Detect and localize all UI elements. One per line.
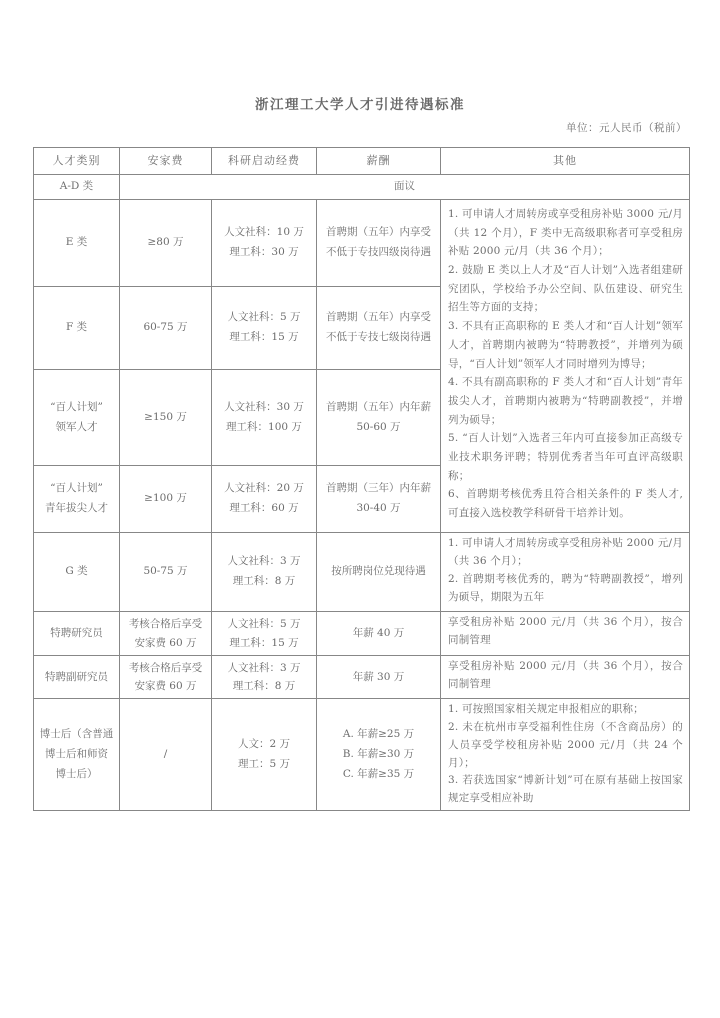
settling-fee-line: 考核合格后享受 [122,659,209,677]
category-line: 博士后和师资 [36,745,117,765]
settling-fee-line: 安家费 60 万 [122,677,209,695]
table-row-distinguished-associate-researcher: 特聘副研究员 考核合格后享受 安家费 60 万 人文社科：3 万 理工科：8 万… [34,656,690,699]
cell-other: 1. 可申请人才周转房或享受租房补贴 2000 元/月（共 36 个月）； 2.… [441,533,690,612]
other-point: 5. “百人计划”入选者三年内可直接参加正高级专业技术职务评聘；特别优秀者当年可… [448,429,683,485]
cell-research-fund: 人文社科：10 万 理工科：30 万 [212,200,317,287]
research-fund-science: 理工科：8 万 [214,572,314,592]
salary-line: A. 年薪≥25 万 [319,725,438,745]
category-line: “百人计划” [36,479,117,499]
page-title: 浙江理工大学人才引进待遇标准 [0,93,720,113]
cell-other: 1. 可按照国家相关规定申报相应的职称； 2. 未在杭州市享受福利性住房（不含商… [441,699,690,811]
research-fund-science: 理工：5 万 [214,755,314,775]
research-fund-science: 理工科：15 万 [214,328,314,348]
cell-category: A-D 类 [34,175,120,200]
cell-salary: 按所聘岗位兑现待遇 [317,533,441,612]
talent-benefits-table: 人才类别 安家费 科研启动经费 薪酬 其他 A-D 类 面议 E 类 ≥80 万… [33,147,690,811]
salary-line: 不低于专技七级岗待遇 [319,328,438,348]
cell-other: 享受租房补贴 2000 元/月（共 36 个月），按合同制管理 [441,656,690,699]
research-fund-science: 理工科：30 万 [214,243,314,263]
research-fund-humanities: 人文社科：5 万 [214,308,314,328]
cell-research-fund: 人文社科：30 万 理工科：100 万 [212,370,317,466]
header-salary: 薪酬 [317,148,441,175]
research-fund-science: 理工科：60 万 [214,499,314,519]
table-row-distinguished-researcher: 特聘研究员 考核合格后享受 安家费 60 万 人文社科：5 万 理工科：15 万… [34,612,690,656]
unit-note: 单位：元人民币（税前） [566,120,687,135]
category-line: 博士后） [36,765,117,785]
salary-line: 首聘期（五年）内享受 [319,308,438,328]
research-fund-humanities: 人文社科：20 万 [214,479,314,499]
cell-salary: 年薪 30 万 [317,656,441,699]
research-fund-humanities: 人文社科：10 万 [214,223,314,243]
cell-settling-fee: 50-75 万 [120,533,212,612]
header-research-fund: 科研启动经费 [212,148,317,175]
cell-category: E 类 [34,200,120,287]
research-fund-humanities: 人文：2 万 [214,735,314,755]
cell-salary: 首聘期（五年）内享受 不低于专技七级岗待遇 [317,287,441,370]
other-point: 1. 可按照国家相关规定申报相应的职称； [448,701,683,719]
cell-settling-fee: / [120,699,212,811]
other-point: 1. 可申请人才周转房或享受租房补贴 3000 元/月（共 12 个月），F 类… [448,205,683,261]
cell-salary: A. 年薪≥25 万 B. 年薪≥30 万 C. 年薪≥35 万 [317,699,441,811]
cell-salary: 年薪 40 万 [317,612,441,656]
header-other: 其他 [441,148,690,175]
research-fund-humanities: 人文社科：30 万 [214,398,314,418]
settling-fee-line: 安家费 60 万 [122,634,209,652]
salary-line: 不低于专技四级岗待遇 [319,243,438,263]
table-row-e-class: E 类 ≥80 万 人文社科：10 万 理工科：30 万 首聘期（五年）内享受 … [34,200,690,287]
cell-settling-fee: ≥80 万 [120,200,212,287]
cell-settling-fee: 60-75 万 [120,287,212,370]
table-row-postdoc: 博士后（含普通 博士后和师资 博士后） / 人文：2 万 理工：5 万 A. 年… [34,699,690,811]
category-line: 博士后（含普通 [36,725,117,745]
category-line: 青年拔尖人才 [36,499,117,519]
cell-category: “百人计划” 青年拔尖人才 [34,466,120,533]
cell-category: G 类 [34,533,120,612]
cell-research-fund: 人文：2 万 理工：5 万 [212,699,317,811]
cell-salary: 首聘期（五年）内享受 不低于专技四级岗待遇 [317,200,441,287]
research-fund-humanities: 人文社科：3 万 [214,659,314,677]
cell-other: 享受租房补贴 2000 元/月（共 36 个月），按合同制管理 [441,612,690,656]
table-header-row: 人才类别 安家费 科研启动经费 薪酬 其他 [34,148,690,175]
settling-fee-line: 考核合格后享受 [122,615,209,633]
research-fund-science: 理工科：15 万 [214,634,314,652]
other-point: 6、首聘期考核优秀且符合相关条件的 F 类人才,可直接入选校教学科研骨干培养计划… [448,485,683,522]
research-fund-humanities: 人文社科：3 万 [214,552,314,572]
salary-line: 首聘期（五年）内享受 [319,223,438,243]
salary-line: 首聘期（三年）内年薪 [319,479,438,499]
other-point: 3. 若获选国家“博新计划”可在原有基础上按国家规定享受相应补助 [448,772,683,808]
cell-research-fund: 人文社科：20 万 理工科：60 万 [212,466,317,533]
other-point: 4. 不具有副高职称的 F 类人才和“百人计划”青年拔尖人才，首聘期内被聘为“特… [448,373,683,429]
cell-research-fund: 人文社科：3 万 理工科：8 万 [212,533,317,612]
cell-settling-fee: ≥100 万 [120,466,212,533]
cell-negotiable: 面议 [120,175,690,200]
research-fund-science: 理工科：8 万 [214,677,314,695]
other-point: 1. 可申请人才周转房或享受租房补贴 2000 元/月（共 36 个月）； [448,535,683,571]
table-row-g-class: G 类 50-75 万 人文社科：3 万 理工科：8 万 按所聘岗位兑现待遇 1… [34,533,690,612]
cell-settling-fee: 考核合格后享受 安家费 60 万 [120,612,212,656]
cell-category: 特聘副研究员 [34,656,120,699]
research-fund-science: 理工科：100 万 [214,418,314,438]
other-point: 2. 鼓励 E 类以上人才及“百人计划”入选者组建研究团队，学校给予办公空间、队… [448,261,683,317]
header-settling-fee: 安家费 [120,148,212,175]
other-point: 3. 不具有正高职称的 E 类人才和“百人计划”领军人才，首聘期内被聘为“特聘教… [448,317,683,373]
document-page: 浙江理工大学人才引进待遇标准 单位：元人民币（税前） 人才类别 安家费 科研启动… [0,0,720,1018]
cell-research-fund: 人文社科：3 万 理工科：8 万 [212,656,317,699]
table-row-ad-class: A-D 类 面议 [34,175,690,200]
cell-research-fund: 人文社科：5 万 理工科：15 万 [212,612,317,656]
other-point: 享受租房补贴 2000 元/月（共 36 个月），按合同制管理 [448,658,683,694]
cell-research-fund: 人文社科：5 万 理工科：15 万 [212,287,317,370]
cell-salary: 首聘期（三年）内年薪 30-40 万 [317,466,441,533]
cell-category: F 类 [34,287,120,370]
cell-settling-fee: ≥150 万 [120,370,212,466]
salary-line: C. 年薪≥35 万 [319,765,438,785]
salary-line: 首聘期（五年）内年薪 [319,398,438,418]
other-point: 享受租房补贴 2000 元/月（共 36 个月），按合同制管理 [448,614,683,650]
cell-category: 博士后（含普通 博士后和师资 博士后） [34,699,120,811]
header-category: 人才类别 [34,148,120,175]
cell-category: “百人计划” 领军人才 [34,370,120,466]
other-point: 2. 首聘期考核优秀的，聘为“特聘副教授”，增列为硕导，期限为五年 [448,571,683,607]
other-point: 2. 未在杭州市享受福利性住房（不含商品房）的人员享受学校租房补贴 2000 元… [448,719,683,773]
cell-category: 特聘研究员 [34,612,120,656]
cell-salary: 首聘期（五年）内年薪 50-60 万 [317,370,441,466]
cell-settling-fee: 考核合格后享受 安家费 60 万 [120,656,212,699]
category-line: “百人计划” [36,398,117,418]
salary-line: 30-40 万 [319,499,438,519]
research-fund-humanities: 人文社科：5 万 [214,615,314,633]
salary-line: B. 年薪≥30 万 [319,745,438,765]
salary-line: 50-60 万 [319,418,438,438]
category-line: 领军人才 [36,418,117,438]
cell-other-merged: 1. 可申请人才周转房或享受租房补贴 3000 元/月（共 12 个月），F 类… [441,200,690,533]
